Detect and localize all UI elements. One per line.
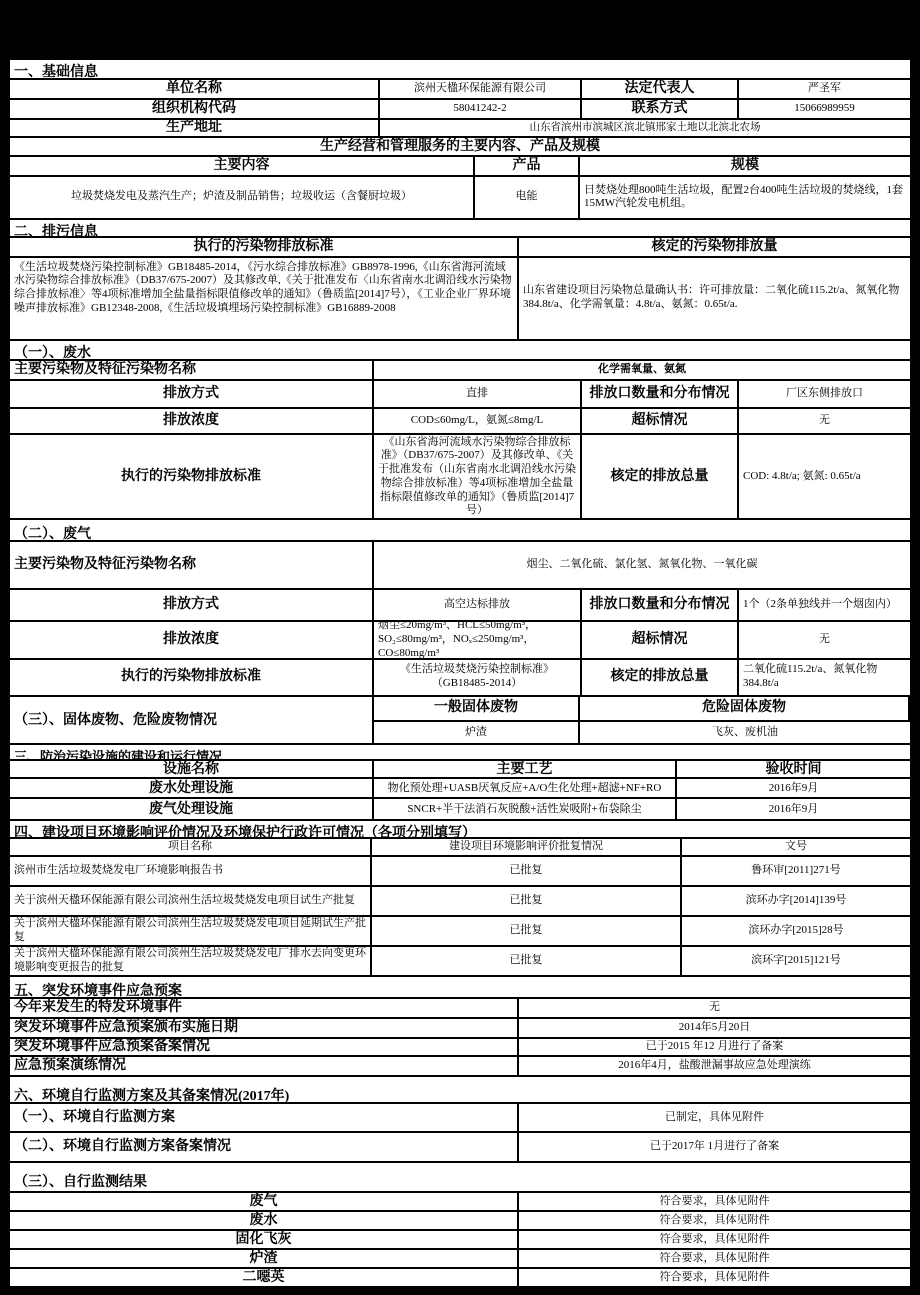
- solid-general-value: 炉渣: [374, 722, 580, 745]
- wg-conc-value: 烟尘≤20mg/m³、HCL≤50mg/m³，SO₂≤80mg/m³，NOₓ≤2…: [374, 622, 582, 658]
- section-eia-title: 四、建设项目环境影响评价情况及环境保护行政许可情况（各项分别填写）: [10, 821, 910, 839]
- monitoring-result-value: 符合要求，具体见附件: [519, 1193, 910, 1210]
- table-row: 废气处理设施 SNCR+半干法消石灰脱酸+活性炭吸附+布袋除尘 2016年9月: [10, 799, 910, 821]
- bottom-black-bar: [0, 1288, 920, 1295]
- eia-approval-status: 已批复: [372, 887, 682, 915]
- eia-project-name: 关于滨州天楹环保能源有限公司滨州生活垃圾焚烧发电项目试生产批复: [10, 887, 372, 915]
- table-row: 关于滨州天楹环保能源有限公司滨州生活垃圾焚烧发电项目延期试生产批复 已批复 滨环…: [10, 917, 910, 947]
- wg-exceed-value: 无: [739, 622, 910, 658]
- monitoring-result-label: 二噁英: [10, 1269, 519, 1286]
- contact-value: 15066989959: [739, 100, 910, 118]
- scale-label: 规模: [580, 157, 910, 175]
- monitoring-record-value: 已于2017年 1月进行了备案: [519, 1133, 910, 1161]
- section-wastewater-title: （一）、废水: [10, 341, 910, 361]
- ww-pollutants-value: 化学需氧量、氨氮: [374, 361, 910, 379]
- monitoring-result-label: 炉渣: [10, 1250, 519, 1267]
- eia-doc-number: 鲁环审[2011]271号: [682, 857, 910, 885]
- table-row: 生产地址 山东省滨州市滨城区滨北镇邢家土地以北滨北农场: [10, 120, 910, 138]
- disclosure-form: 一、基础信息 单位名称 滨州天楹环保能源有限公司 法定代表人 严圣军 组织机构代…: [8, 58, 912, 1288]
- solid-hazard-label: 危险固体废物: [580, 697, 910, 722]
- business-header: 生产经营和管理服务的主要内容、产品及规模: [10, 138, 910, 155]
- facility-process: SNCR+半干法消石灰脱酸+活性炭吸附+布袋除尘: [374, 799, 677, 819]
- eia-doc-number: 滨环字[2015]121号: [682, 947, 910, 975]
- table-row: 排放浓度 COD≤60mg/L，氨氮≤8mg/L 超标情况 无: [10, 409, 910, 436]
- table-row: 生产经营和管理服务的主要内容、产品及规模: [10, 138, 910, 157]
- monitoring-result-label: 固化飞灰: [10, 1231, 519, 1248]
- ww-conc-value: COD≤60mg/L，氨氮≤8mg/L: [374, 409, 582, 434]
- table-row: （一）、环境自行监测方案 已制定，具体见附件: [10, 1104, 910, 1134]
- section-solid-title: （三）、固体废物、危险废物情况: [10, 697, 374, 745]
- table-row: 单位名称 滨州天楹环保能源有限公司 法定代表人 严圣军: [10, 80, 910, 100]
- unit-name-label: 单位名称: [10, 80, 380, 98]
- monitoring-result-value: 符合要求，具体见附件: [519, 1250, 910, 1267]
- eia-approval-status: 已批复: [372, 857, 682, 885]
- table-row: 固化飞灰 符合要求，具体见附件: [10, 1231, 910, 1250]
- table-row: （二）、环境自行监测方案备案情况 已于2017年 1月进行了备案: [10, 1133, 910, 1163]
- facility-name-header: 设施名称: [10, 761, 374, 777]
- eia-project-name: 关于滨州天楹环保能源有限公司滨州生活垃圾焚烧发电项目延期试生产批复: [10, 917, 372, 945]
- table-row: 执行的污染物排放标准 《生活垃圾焚烧污染控制标准》（GB18485-2014） …: [10, 660, 910, 697]
- ww-exceed-value: 无: [739, 409, 910, 434]
- org-code-value: 58041242-2: [380, 100, 582, 118]
- facility-name: 废气处理设施: [10, 799, 374, 819]
- ww-mode-label: 排放方式: [10, 381, 374, 407]
- table-row: 《生活垃圾焚烧污染控制标准》GB18485-2014，《污水综合排放标准》GB8…: [10, 258, 910, 341]
- eia-project-header: 项目名称: [10, 839, 372, 855]
- table-row: 关于滨州天楹环保能源有限公司滨州生活垃圾焚烧发电项目试生产批复 已批复 滨环办字…: [10, 887, 910, 917]
- monitoring-record-label: （二）、环境自行监测方案备案情况: [10, 1133, 519, 1161]
- eia-project-name: 关于滨州天楹环保能源有限公司滨州生活垃圾焚烧发电厂排水去向变更环境影响变更报告的…: [10, 947, 372, 975]
- product-value: 电能: [475, 177, 580, 218]
- address-label: 生产地址: [10, 120, 380, 136]
- wg-mode-label: 排放方式: [10, 590, 374, 620]
- eia-doc-number: 滨环办字[2014]139号: [682, 887, 910, 915]
- monitoring-result-label: 废气: [10, 1193, 519, 1210]
- legal-rep-label: 法定代表人: [582, 80, 739, 98]
- ww-outlets-label: 排放口数量和分布情况: [582, 381, 739, 407]
- section-discharge-title: 二、排污信息: [10, 220, 910, 238]
- wg-std-value: 《生活垃圾焚烧污染控制标准》（GB18485-2014）: [374, 660, 582, 695]
- facility-accept-date: 2016年9月: [677, 779, 910, 797]
- top-black-bar: [0, 0, 920, 58]
- table-row: 执行的污染物排放标准 核定的污染物排放量: [10, 238, 910, 258]
- ww-conc-label: 排放浓度: [10, 409, 374, 434]
- table-row: 应急预案演练情况 2016年4月，盐酸泄漏事故应急处理演练: [10, 1057, 910, 1077]
- emergency-label: 应急预案演练情况: [10, 1057, 519, 1075]
- table-row: 执行的污染物排放标准 《山东省海河流域水污染物综合排放标准》（DB37/675-…: [10, 435, 910, 520]
- product-label: 产品: [475, 157, 580, 175]
- monitoring-result-value: 符合要求，具体见附件: [519, 1231, 910, 1248]
- table-row: 排放浓度 烟尘≤20mg/m³、HCL≤50mg/m³，SO₂≤80mg/m³，…: [10, 622, 910, 660]
- table-row: 项目名称 建设项目环境影响评价批复情况 文号: [10, 839, 910, 857]
- monitoring-result-value: 符合要求，具体见附件: [519, 1269, 910, 1286]
- discharge-amount-header: 核定的污染物排放量: [519, 238, 910, 256]
- wg-pollutants-value: 烟尘、二氧化硫、氯化氢、氮氧化物、一氧化碳: [374, 542, 910, 588]
- table-row: 主要污染物及特征污染物名称 化学需氧量、氨氮: [10, 361, 910, 381]
- table-row: 排放方式 高空达标排放 排放口数量和分布情况 1个（2条单独线并一个烟囱内）: [10, 590, 910, 622]
- section-monitoring-title: 六、环境自行监测方案及其备案情况(2017年): [10, 1077, 910, 1104]
- table-row: 废水 符合要求，具体见附件: [10, 1212, 910, 1231]
- table-row: 滨州市生活垃圾焚烧发电厂环境影响报告书 已批复 鲁环审[2011]271号: [10, 857, 910, 887]
- monitoring-result-value: 符合要求，具体见附件: [519, 1212, 910, 1229]
- ww-std-value: 《山东省海河流域水污染物综合排放标准》（DB37/675-2007）及其修改单、…: [374, 435, 582, 518]
- ww-exceed-label: 超标情况: [582, 409, 739, 434]
- document-page: 一、基础信息 单位名称 滨州天楹环保能源有限公司 法定代表人 严圣军 组织机构代…: [0, 0, 920, 1295]
- eia-approval-status: 已批复: [372, 947, 682, 975]
- unit-name-value: 滨州天楹环保能源有限公司: [380, 80, 582, 98]
- monitoring-plan-label: （一）、环境自行监测方案: [10, 1104, 519, 1132]
- wg-std-label: 执行的污染物排放标准: [10, 660, 374, 695]
- section-facilities-title: 三、防治污染设施的建设和运行情况: [10, 745, 910, 762]
- emergency-value: 2014年5月20日: [519, 1019, 910, 1037]
- eia-docno-header: 文号: [682, 839, 910, 855]
- emergency-value: 已于2015 年12 月进行了备案: [519, 1039, 910, 1055]
- monitoring-results-header: （三）、自行监测结果: [10, 1163, 910, 1193]
- section-wastegas-title: （二）、废气: [10, 520, 910, 542]
- solid-waste-block: （三）、固体废物、危险废物情况 一般固体废物 危险固体废物 炉渣 飞灰、废机油: [10, 697, 910, 745]
- ww-std-label: 执行的污染物排放标准: [10, 435, 374, 518]
- emergency-label: 今年来发生的特发环境事件: [10, 999, 519, 1017]
- emergency-label: 突发环境事件应急预案备案情况: [10, 1039, 519, 1055]
- table-row: 炉渣 符合要求，具体见附件: [10, 1250, 910, 1269]
- table-row: 排放方式 直排 排放口数量和分布情况 厂区东侧排放口: [10, 381, 910, 409]
- ww-total-value: COD: 4.8t/a; 氨氮: 0.65t/a: [739, 435, 910, 518]
- monitoring-plan-value: 已制定，具体见附件: [519, 1104, 910, 1132]
- section-emergency-title: 五、突发环境事件应急预案: [10, 977, 910, 999]
- content-label: 主要内容: [10, 157, 475, 175]
- emergency-label: 突发环境事件应急预案颁布实施日期: [10, 1019, 519, 1037]
- discharge-amount-text: 山东省建设项目污染物总量确认书：许可排放量：二氧化硫115.2t/a、氮氧化物3…: [519, 258, 910, 339]
- wg-outlets-label: 排放口数量和分布情况: [582, 590, 739, 620]
- facility-process: 物化预处理+UASB厌氧反应+A/O生化处理+超滤+NF+RO: [374, 779, 677, 797]
- legal-rep-value: 严圣军: [739, 80, 910, 98]
- solid-hazard-value: 飞灰、废机油: [580, 722, 910, 745]
- contact-label: 联系方式: [582, 100, 739, 118]
- emergency-value: 2016年4月，盐酸泄漏事故应急处理演练: [519, 1057, 910, 1075]
- table-row: 废气 符合要求，具体见附件: [10, 1193, 910, 1212]
- wg-mode-value: 高空达标排放: [374, 590, 582, 620]
- eia-approval-header: 建设项目环境影响评价批复情况: [372, 839, 682, 855]
- table-row: 二噁英 符合要求，具体见附件: [10, 1269, 910, 1286]
- table-row: 突发环境事件应急预案备案情况 已于2015 年12 月进行了备案: [10, 1039, 910, 1057]
- wg-pollutants-label: 主要污染物及特征污染物名称: [10, 542, 374, 588]
- table-row: 主要污染物及特征污染物名称 烟尘、二氧化硫、氯化氢、氮氧化物、一氧化碳: [10, 542, 910, 590]
- table-row: 关于滨州天楹环保能源有限公司滨州生活垃圾焚烧发电厂排水去向变更环境影响变更报告的…: [10, 947, 910, 977]
- table-row: 突发环境事件应急预案颁布实施日期 2014年5月20日: [10, 1019, 910, 1039]
- wg-total-label: 核定的排放总量: [582, 660, 739, 695]
- eia-project-name: 滨州市生活垃圾焚烧发电厂环境影响报告书: [10, 857, 372, 885]
- ww-total-label: 核定的排放总量: [582, 435, 739, 518]
- discharge-std-text: 《生活垃圾焚烧污染控制标准》GB18485-2014，《污水综合排放标准》GB8…: [10, 258, 519, 339]
- scale-value: 日焚烧处理800吨生活垃圾，配置2台400吨生活垃圾的焚烧线，1套15MW汽轮发…: [580, 177, 910, 218]
- monitoring-result-label: 废水: [10, 1212, 519, 1229]
- table-row: 组织机构代码 58041242-2 联系方式 15066989959: [10, 100, 910, 120]
- wg-total-value: 二氧化硫115.2t/a、氮氧化物384.8t/a: [739, 660, 910, 695]
- discharge-std-header: 执行的污染物排放标准: [10, 238, 519, 256]
- section-basic-title: 一、基础信息: [10, 60, 910, 80]
- wg-exceed-label: 超标情况: [582, 622, 739, 658]
- address-value: 山东省滨州市滨城区滨北镇邢家土地以北滨北农场: [380, 120, 910, 136]
- facility-process-header: 主要工艺: [374, 761, 677, 777]
- eia-approval-status: 已批复: [372, 917, 682, 945]
- table-row: 垃圾焚烧发电及蒸汽生产；炉渣及制品销售；垃圾收运（含餐厨垃圾） 电能 日焚烧处理…: [10, 177, 910, 220]
- content-value: 垃圾焚烧发电及蒸汽生产；炉渣及制品销售；垃圾收运（含餐厨垃圾）: [10, 177, 475, 218]
- table-row: 设施名称 主要工艺 验收时间: [10, 761, 910, 779]
- emergency-value: 无: [519, 999, 910, 1017]
- wg-conc-label: 排放浓度: [10, 622, 374, 658]
- eia-doc-number: 滨环办字[2015]28号: [682, 917, 910, 945]
- ww-outlets-value: 厂区东侧排放口: [739, 381, 910, 407]
- ww-mode-value: 直排: [374, 381, 582, 407]
- wg-outlets-value: 1个（2条单独线并一个烟囱内）: [739, 590, 910, 620]
- facility-name: 废水处理设施: [10, 779, 374, 797]
- facility-accept-date: 2016年9月: [677, 799, 910, 819]
- table-row: 今年来发生的特发环境事件 无: [10, 999, 910, 1019]
- ww-pollutants-label: 主要污染物及特征污染物名称: [10, 361, 374, 379]
- org-code-label: 组织机构代码: [10, 100, 380, 118]
- facility-accept-header: 验收时间: [677, 761, 910, 777]
- solid-general-label: 一般固体废物: [374, 697, 580, 722]
- table-row: 废水处理设施 物化预处理+UASB厌氧反应+A/O生化处理+超滤+NF+RO 2…: [10, 779, 910, 799]
- table-row: 主要内容 产品 规模: [10, 157, 910, 177]
